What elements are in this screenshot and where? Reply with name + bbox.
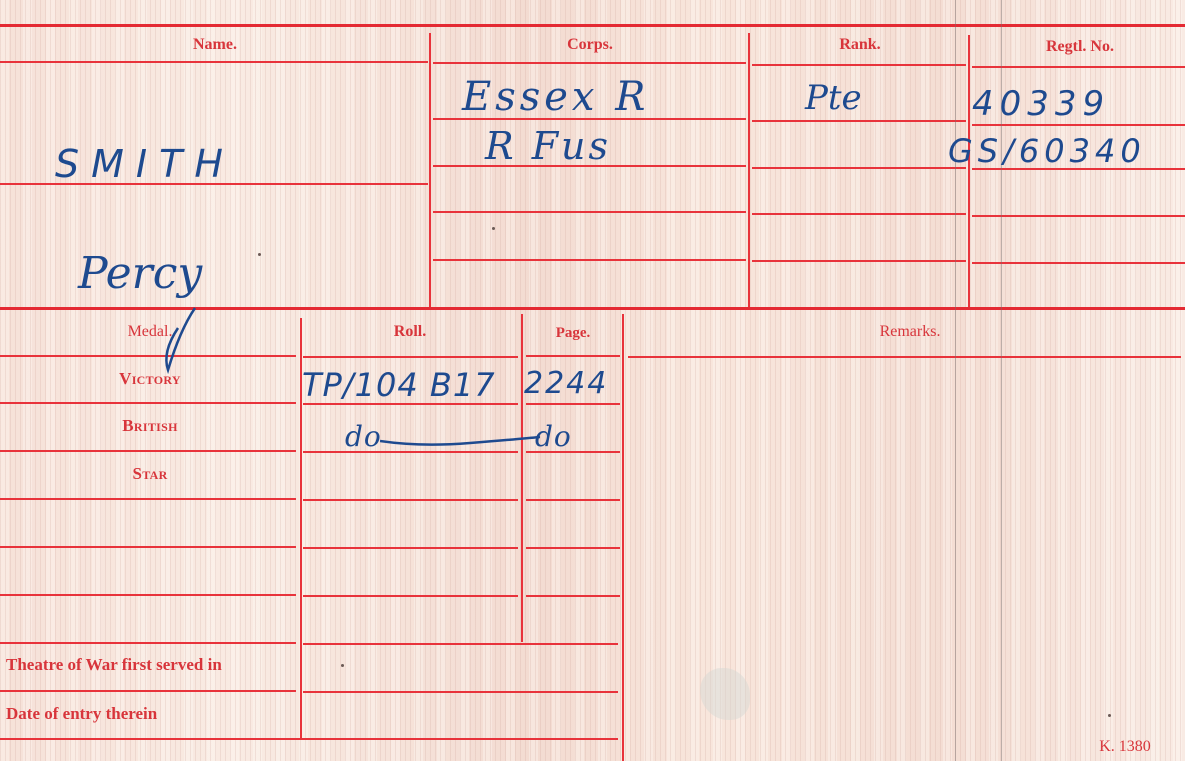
rule <box>0 690 296 692</box>
rule <box>303 356 518 358</box>
forename-value: Percy <box>78 248 202 299</box>
rule <box>0 594 296 596</box>
medal-row-british: British <box>40 416 260 436</box>
rule <box>752 213 966 215</box>
rule <box>752 120 966 122</box>
regtl-no-label: Regtl. No. <box>990 38 1170 56</box>
speck <box>258 253 261 256</box>
surname-value: SMITH <box>55 142 235 186</box>
rule <box>0 402 296 404</box>
rule <box>526 403 620 405</box>
rule <box>433 62 746 64</box>
ditto-stroke <box>380 425 540 449</box>
rule <box>526 595 620 597</box>
speck <box>341 664 344 667</box>
column-divider <box>521 314 523 642</box>
column-divider <box>622 314 624 761</box>
name-label: Name. <box>100 36 330 54</box>
rule <box>752 260 966 262</box>
rule <box>972 124 1185 126</box>
rule <box>303 595 518 597</box>
column-divider <box>968 35 970 307</box>
corps-value-2: R Fus <box>485 124 611 168</box>
speck <box>492 227 495 230</box>
rule <box>433 259 746 261</box>
column-divider <box>748 33 750 307</box>
regtl-no-value-2: GS/60340 <box>948 132 1146 170</box>
rule <box>303 451 518 453</box>
speck <box>1108 714 1111 717</box>
roll-value-british: do <box>345 420 382 453</box>
rule <box>526 499 620 501</box>
rule <box>0 450 296 452</box>
regtl-no-value-1: 40339 <box>972 84 1110 124</box>
medal-index-card: Name. Corps. Rank. Regtl. No. SMITH Perc… <box>0 0 1185 761</box>
top-border-rule <box>0 24 1185 27</box>
date-of-entry-label: Date of entry therein <box>6 704 157 724</box>
rule <box>0 355 296 357</box>
rule <box>628 356 1181 358</box>
scan-line <box>955 0 956 761</box>
rule <box>0 546 296 548</box>
page-value-victory: 2244 <box>524 366 608 401</box>
page-value-british: do <box>535 420 572 453</box>
percy-tail-stroke <box>150 300 200 380</box>
roll-label: Roll. <box>330 323 490 341</box>
rule <box>972 262 1185 264</box>
rank-value: Pte <box>805 78 862 118</box>
rule <box>526 355 620 357</box>
rule <box>303 691 618 693</box>
rule <box>433 211 746 213</box>
rule <box>0 642 296 644</box>
rule <box>0 498 296 500</box>
rule <box>752 64 966 66</box>
rule <box>752 167 966 169</box>
corps-value-1: Essex R <box>462 74 649 120</box>
rule <box>972 66 1185 68</box>
rule <box>303 643 618 645</box>
column-divider <box>429 33 431 307</box>
form-number: K. 1380 <box>1080 738 1170 756</box>
rule <box>972 215 1185 217</box>
medal-row-star: Star <box>40 464 260 484</box>
remarks-label: Remarks. <box>800 323 1020 341</box>
roll-value-victory: TP/104 B17 <box>302 366 496 404</box>
paper-stain <box>700 668 750 720</box>
corps-label: Corps. <box>475 36 705 54</box>
page-label: Page. <box>526 325 620 342</box>
rule <box>526 547 620 549</box>
rule <box>303 499 518 501</box>
theatre-label: Theatre of War first served in <box>6 655 222 675</box>
rule <box>0 61 428 63</box>
rule <box>303 547 518 549</box>
rule <box>0 738 618 740</box>
rank-label: Rank. <box>770 36 950 54</box>
